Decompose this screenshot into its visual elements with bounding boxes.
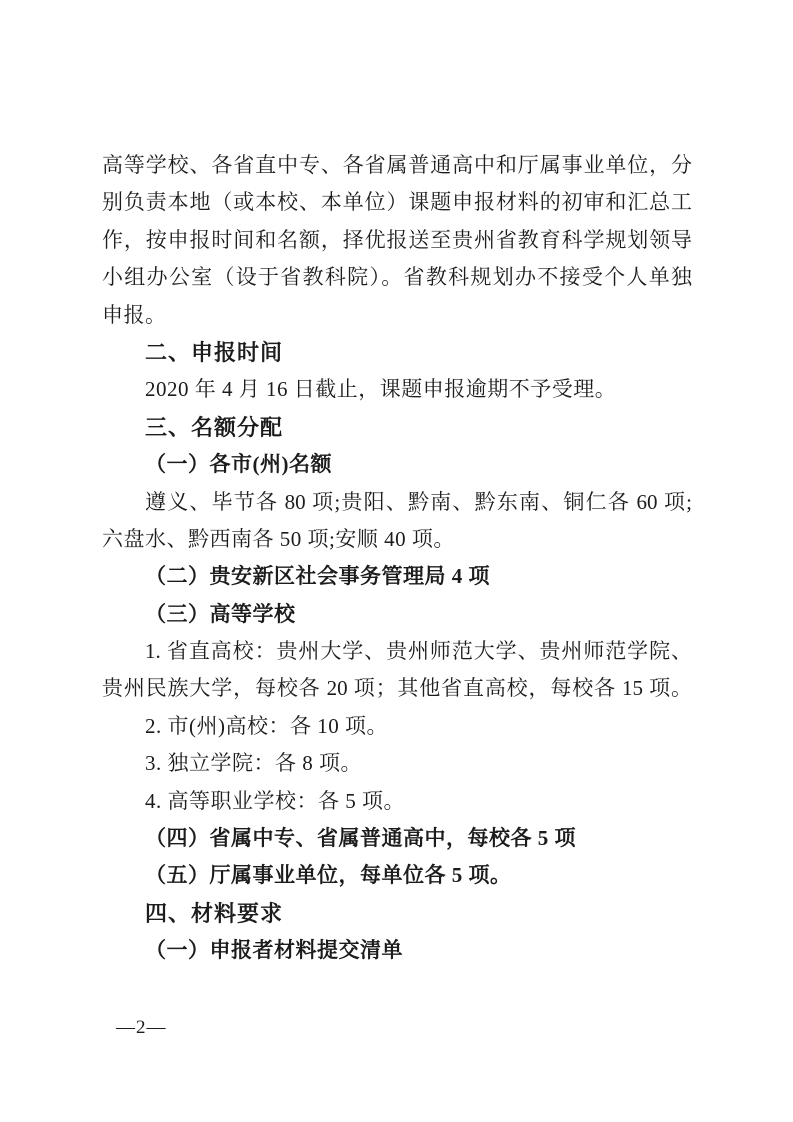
page-number: —2— — [116, 1017, 167, 1039]
provincial-universities-line: 贵州民族大学，每校各 20 项；其他省直高校，每校各 15 项。 — [102, 670, 692, 707]
heading-quota-allocation: 三、名额分配 — [102, 409, 692, 446]
subheading-material-checklist: （一）申报者材料提交清单 — [102, 932, 692, 969]
subheading-provincial-schools: （四）省属中专、省属普通高中，每校各 5 项 — [102, 820, 692, 857]
subheading-higher-education: （三）高等学校 — [102, 596, 692, 633]
provincial-universities-line: 1. 省直高校：贵州大学、贵州师范大学、贵州师范学院、 — [102, 633, 692, 670]
heading-application-deadline: 二、申报时间 — [102, 334, 692, 371]
paragraph-line: 别负责本地（或本校、本单位）课题申报材料的初审和汇总工 — [102, 184, 692, 221]
document-body: 高等学校、各省直中专、各省属普通高中和厅属事业单位，分 别负责本地（或本校、本单… — [102, 147, 692, 970]
vocational-schools-line: 4. 高等职业学校：各 5 项。 — [102, 783, 692, 820]
subheading-department-units: （五）厅属事业单位，每单位各 5 项。 — [102, 857, 692, 894]
paragraph-line: 作，按申报时间和名额，择优报送至贵州省教育科学规划领导 — [102, 222, 692, 259]
document-page: 高等学校、各省直中专、各省属普通高中和厅属事业单位，分 别负责本地（或本校、本单… — [0, 0, 793, 1122]
city-quota-line: 六盘水、黔西南各 50 项;安顺 40 项。 — [102, 521, 692, 558]
subheading-guian-new-district: （二）贵安新区社会事务管理局 4 项 — [102, 558, 692, 595]
subheading-city-quota: （一）各市(州)名额 — [102, 446, 692, 483]
independent-colleges-line: 3. 独立学院：各 8 项。 — [102, 745, 692, 782]
paragraph-line: 申报。 — [102, 297, 692, 334]
city-quota-line: 遵义、毕节各 80 项;贵阳、黔南、黔东南、铜仁各 60 项; — [102, 484, 692, 521]
paragraph-line: 高等学校、各省直中专、各省属普通高中和厅属事业单位，分 — [102, 147, 692, 184]
deadline-text: 2020 年 4 月 16 日截止，课题申报逾期不予受理。 — [102, 371, 692, 408]
heading-material-requirements: 四、材料要求 — [102, 895, 692, 932]
paragraph-line: 小组办公室（设于省教科院）。省教科规划办不接受个人单独 — [102, 259, 692, 296]
city-universities-line: 2. 市(州)高校：各 10 项。 — [102, 708, 692, 745]
